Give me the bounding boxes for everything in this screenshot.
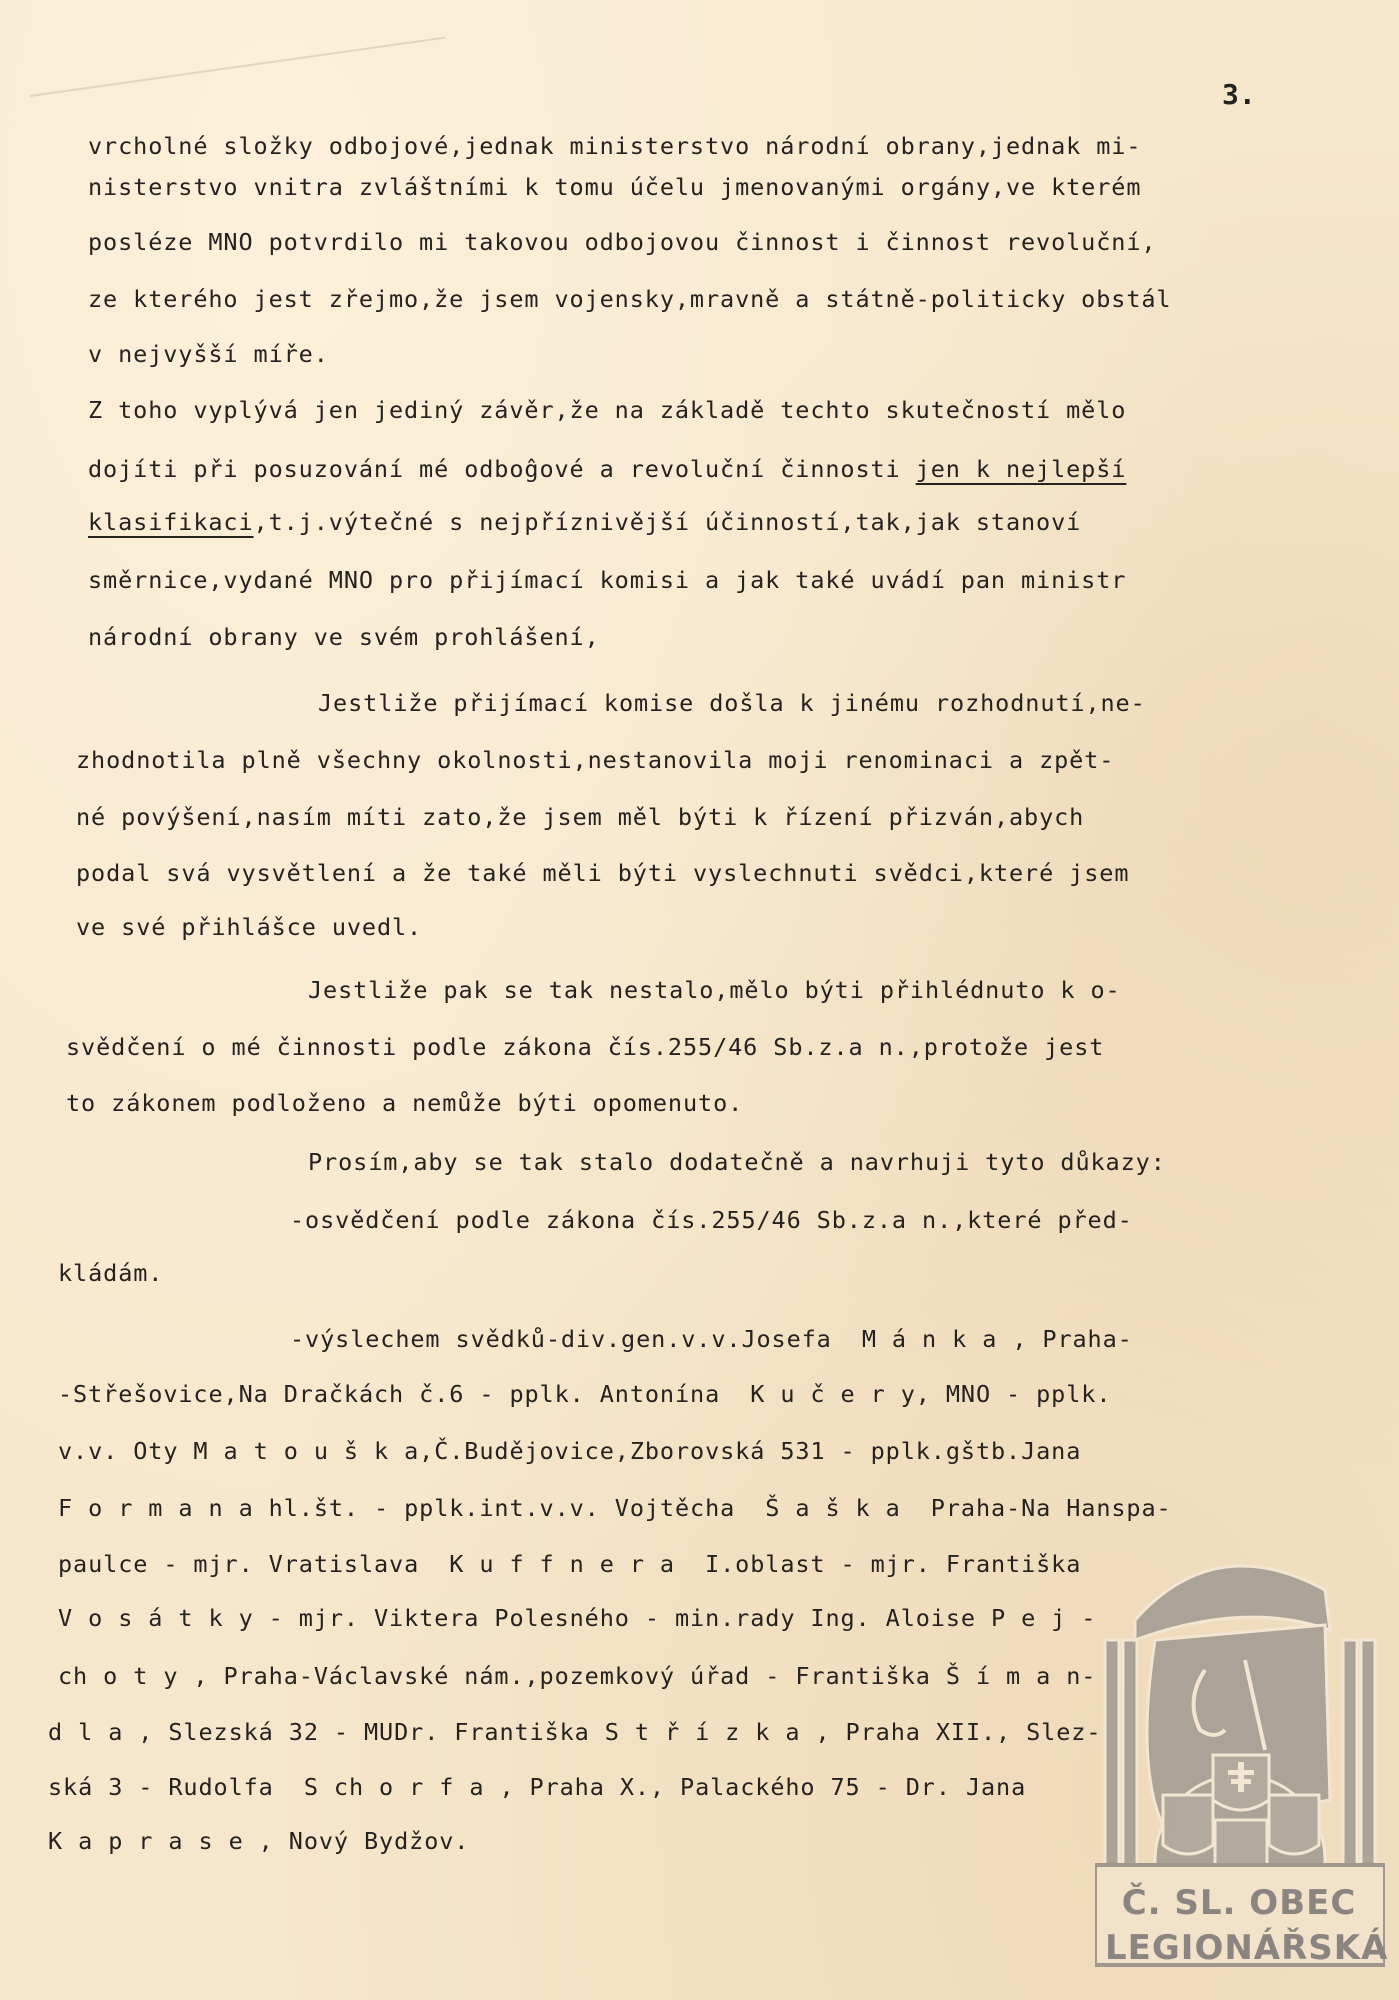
- text-line: svědčení o mé činnosti podle zákona čís.…: [66, 1036, 1104, 1060]
- text-line: K a p r a s e , Nový Bydžov.: [48, 1830, 469, 1854]
- text-line: Jestliže přijímací komise došla k jinému…: [318, 692, 1146, 716]
- text-line: ve své přihlášce uvedl.: [76, 916, 422, 940]
- text-line: d l a , Slezská 32 - MUDr. Františka S t…: [48, 1721, 1101, 1745]
- text-line: v nejvyšší míře.: [88, 343, 329, 367]
- paper-crease: [30, 37, 446, 97]
- text-line: F o r m a n a hl.št. - pplk.int.v.v. Voj…: [58, 1497, 1172, 1521]
- text-line: ská 3 - Rudolfa S ch o r f a , Praha X.,…: [48, 1776, 1026, 1800]
- text-line: paulce - mjr. Vratislava K u f f n e r a…: [58, 1553, 1081, 1577]
- text-line: ch o t y , Praha-Václavské nám.,pozemkov…: [58, 1665, 1096, 1689]
- watermark-text-line2: LEGIONÁŘSKÁ: [1105, 1928, 1373, 1968]
- text-line: -výslechem svědků-div.gen.v.v.Josefa M á…: [290, 1328, 1133, 1352]
- underlined-phrase: klasifikaci: [88, 508, 254, 536]
- page-number: 3.: [1222, 78, 1256, 111]
- text-line: zhodnotila plně všechny okolnosti,nestan…: [76, 749, 1114, 773]
- text-line: vrcholné složky odbojové,jednak minister…: [88, 135, 1141, 159]
- underlined-phrase: jen k nejlepší: [916, 455, 1127, 483]
- text-line: né povýšení,nasím míti zato,že jsem měl …: [76, 806, 1084, 830]
- text-line: kládám.: [58, 1262, 163, 1286]
- text-line: -Střešovice,Na Dračkách č.6 - pplk. Anto…: [58, 1383, 1111, 1407]
- text-line: dojíti při posuzování mé odboĝové a revo…: [88, 458, 1126, 482]
- text-line: Jestliže pak se tak nestalo,mělo býti př…: [308, 979, 1121, 1003]
- text-line: směrnice,vydané MNO pro přijímací komisi…: [88, 569, 1126, 593]
- text-line: posléze MNO potvrdilo mi takovou odbojov…: [88, 231, 1156, 255]
- text-line: podal svá vysvětlení a že také měli býti…: [76, 862, 1129, 886]
- text-line: ze kterého jest zřejmo,že jsem vojensky,…: [88, 288, 1171, 312]
- watermark-text-line1: Č. SL. OBEC: [1105, 1883, 1373, 1923]
- text-line: V o s á t k y - mjr. Viktera Polesného -…: [58, 1607, 1096, 1631]
- text-line: Prosím,aby se tak stalo dodatečně a navr…: [308, 1151, 1166, 1175]
- text-line: to zákonem podloženo a nemůže býti opome…: [66, 1092, 743, 1116]
- text-line: Z toho vyplývá jen jediný závěr,že na zá…: [88, 399, 1126, 423]
- text-line: v.v. Oty M a t o u š k a,Č.Budějovice,Zb…: [58, 1440, 1081, 1464]
- text-line: národní obrany ve svém prohlášení,: [88, 626, 600, 650]
- text-line: nisterstvo vnitra zvláštními k tomu účel…: [88, 176, 1141, 200]
- text-line: -osvědčení podle zákona čís.255/46 Sb.z.…: [290, 1209, 1133, 1233]
- text-line: klasifikaci,t.j.výtečné s nejpříznivější…: [88, 511, 1081, 535]
